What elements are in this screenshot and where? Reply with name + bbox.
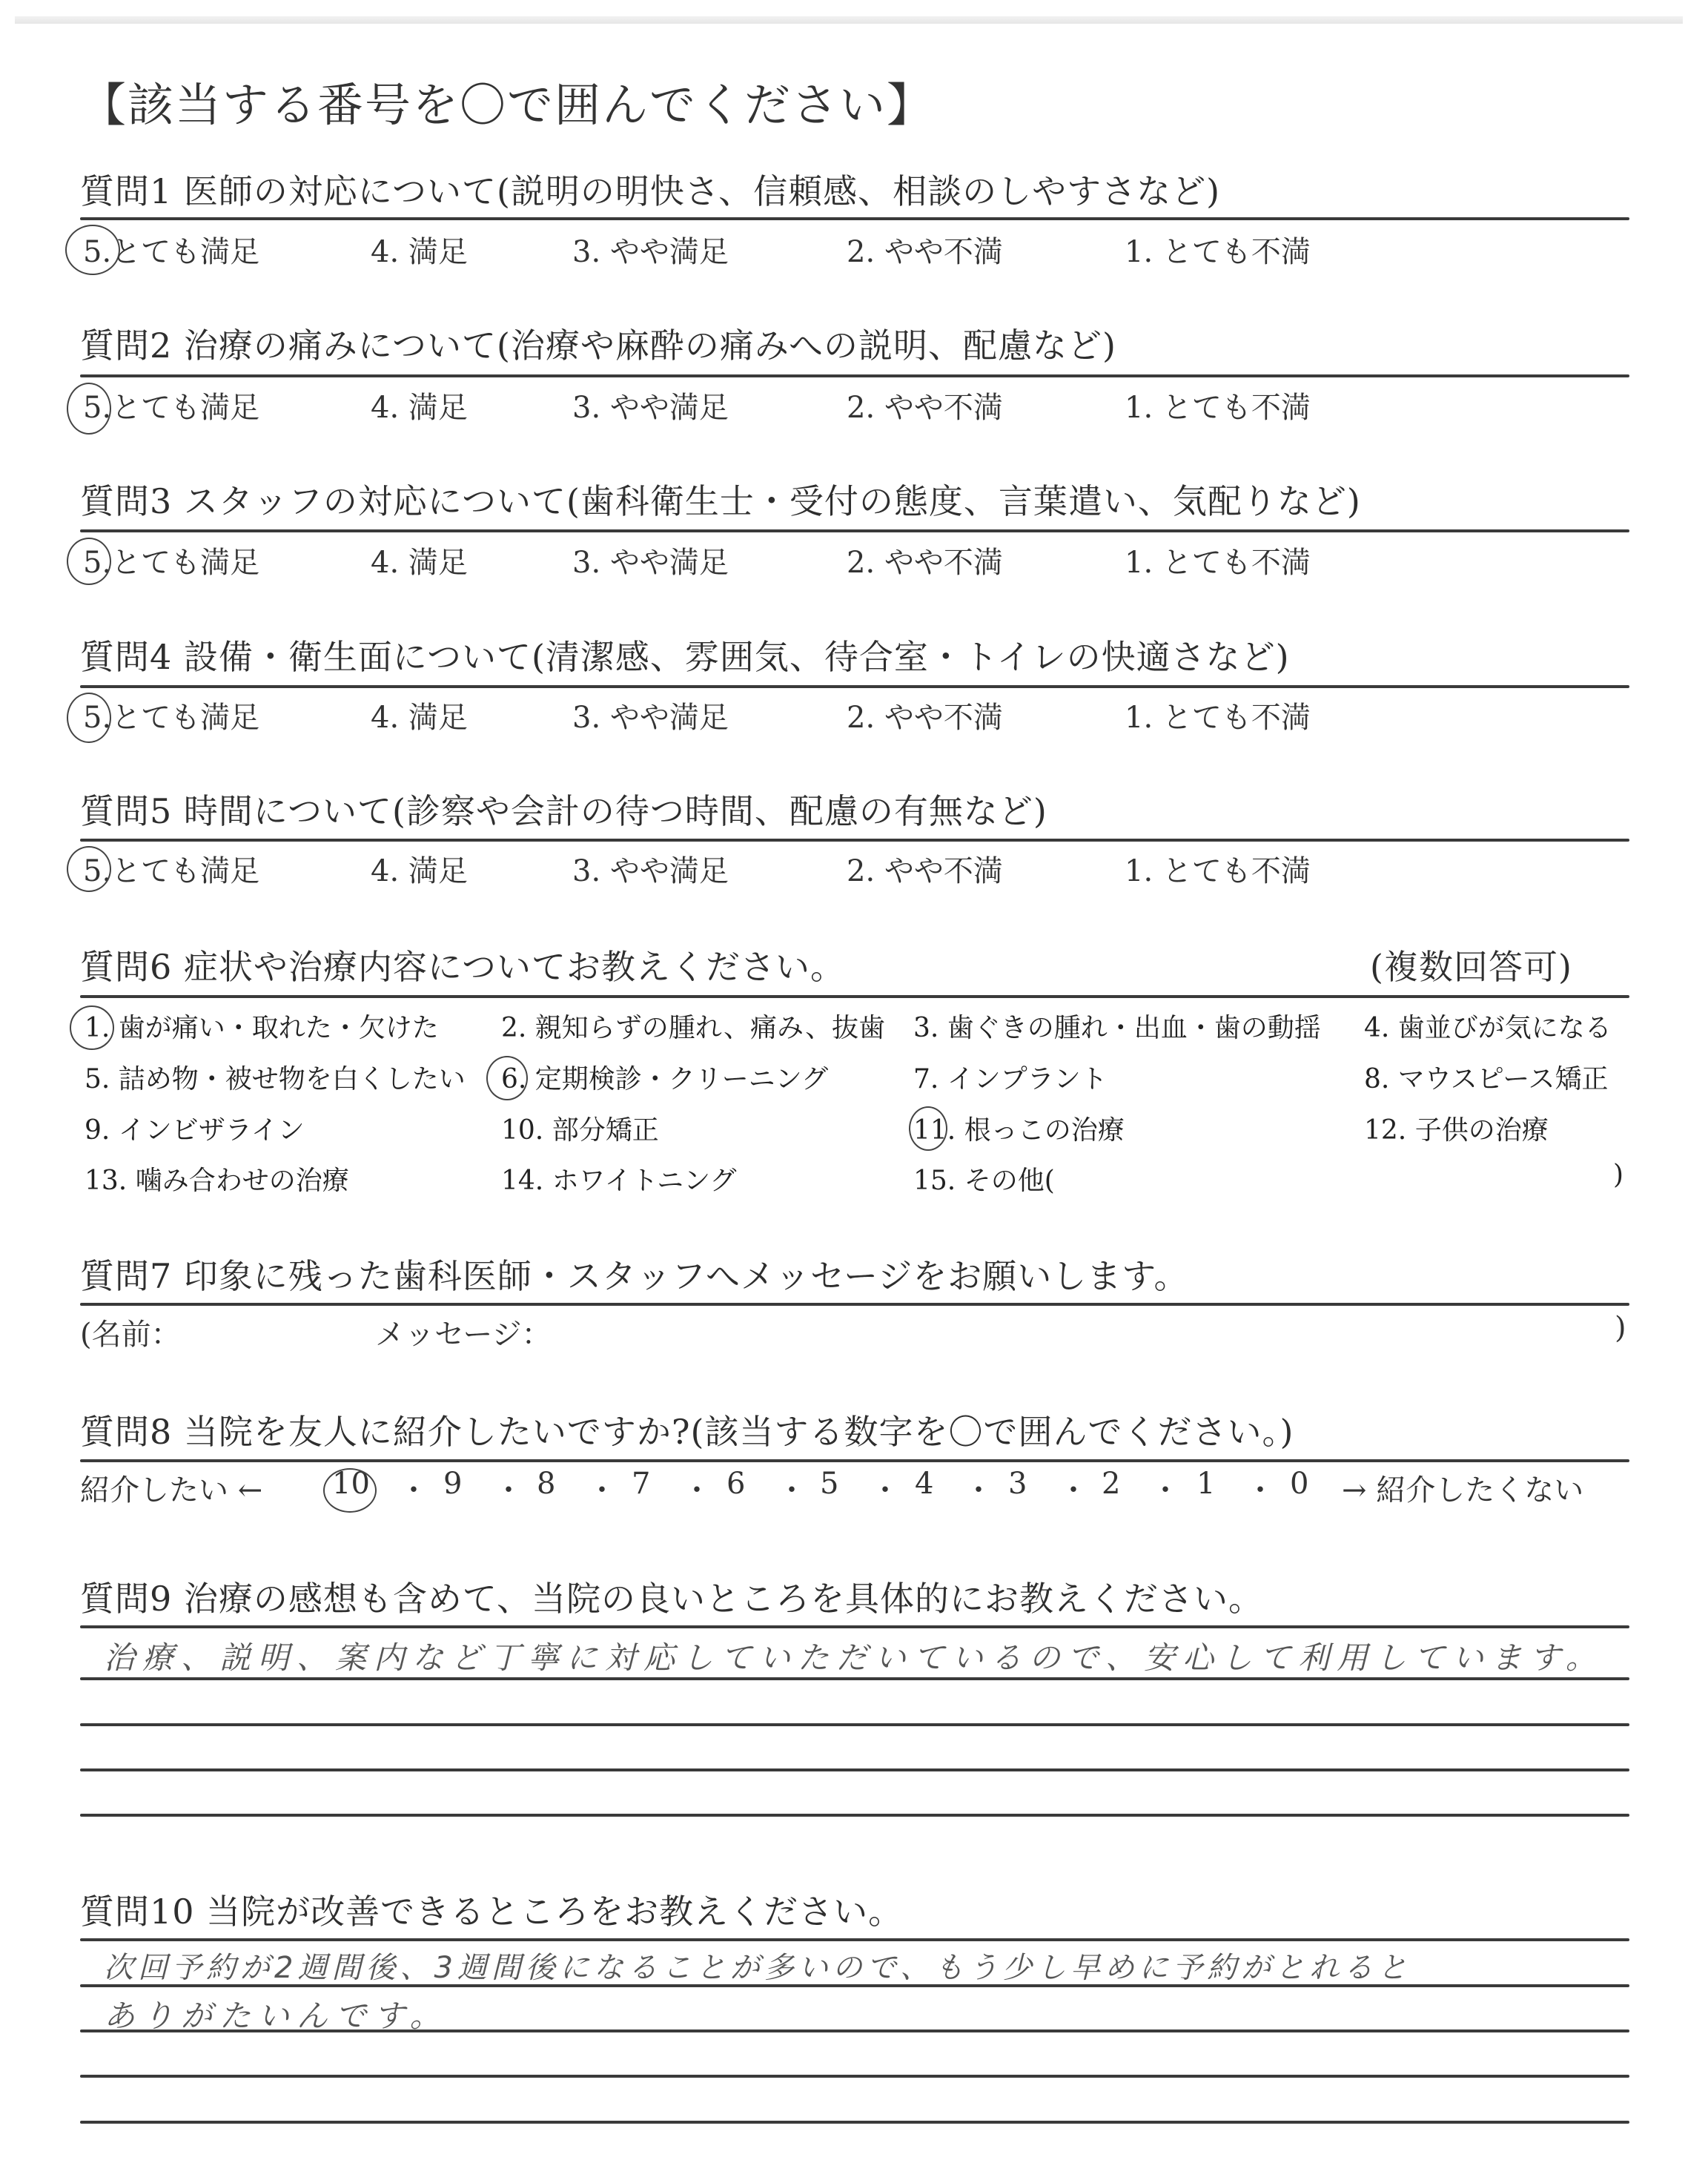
q9-rule-3 [80,1768,1629,1771]
q1-option-5[interactable]: 5.とても満足 [83,228,259,271]
scan-top-edge [15,16,1683,24]
q3-option-5[interactable]: 5.とても満足 [83,539,259,581]
q7-message-label: メッセージ： [375,1311,552,1353]
q6-rule [80,995,1629,998]
q8-heading: 質問8 当院を友人に紹介したいですか?(該当する数字を〇で囲んでください。) [80,1405,1294,1454]
q1-heading: 質問1 医師の対応について(説明の明快さ、信頼感、相談のしやすさなど) [80,165,1220,214]
q8-rule [80,1459,1629,1462]
q6-multiple-answer-note: (複数回答可) [1370,940,1572,989]
q2-heading: 質問2 治療の痛みについて(治療や麻酔の痛みへの説明、配慮など) [80,319,1116,368]
q10-rule-2 [80,2029,1629,2032]
q10-answer-line-4[interactable] [104,2082,1586,2119]
q8-left-label: 紹介したい ← [80,1467,262,1509]
q5-option-2[interactable]: 2. やや不満 [847,848,1003,890]
q5-option-3[interactable]: 3. やや満足 [572,848,729,890]
q7-heading: 質問7 印象に残った歯科医師・スタッフへメッセージをお願いします。 [80,1249,1189,1298]
q8-separator: ・ [1245,1467,1275,1509]
q8-score-3[interactable]: 3 [1008,1467,1027,1501]
q2-option-1[interactable]: 1. とても不満 [1125,384,1311,426]
q6-item-11[interactable]: 11. 根っこの治療 [913,1109,1125,1147]
q9-rule-2 [80,1723,1629,1726]
q6-other-close-paren: ) [1613,1160,1623,1190]
q6-item-7[interactable]: 7. インプラント [913,1058,1108,1096]
q8-score-7[interactable]: 7 [632,1467,650,1501]
q9-answer-line-4[interactable] [104,1776,1586,1813]
q7-close-paren: ) [1615,1311,1626,1345]
q6-heading: 質問6 症状や治療内容についてお教えください。 [80,940,845,989]
q5-option-4[interactable]: 4. 満足 [371,848,468,890]
q5-heading: 質問5 時間について(診察や会計の待つ時間、配慮の有無など) [80,785,1047,833]
q10-rule-4 [80,2121,1629,2124]
q8-separator: ・ [870,1467,900,1509]
q3-option-3[interactable]: 3. やや満足 [572,539,729,581]
q3-rule [80,529,1629,532]
q10-heading: 質問10 当院が改善できるところをお教えください。 [80,1885,903,1934]
q10-rule-0 [80,1938,1629,1941]
q4-option-1[interactable]: 1. とても不満 [1125,694,1311,736]
q5-rule [80,839,1629,842]
q8-score-10[interactable]: 10 [332,1467,370,1501]
q9-rule-4 [80,1814,1629,1817]
q7-name-field[interactable] [141,1311,363,1347]
q6-item-15-other[interactable]: 15. その他( [913,1160,1055,1198]
q2-rule [80,374,1629,377]
q6-item-14[interactable]: 14. ホワイトニング [501,1160,736,1198]
q1-option-2[interactable]: 2. やや不満 [847,228,1003,271]
q10-rule-3 [80,2075,1629,2078]
q8-score-1[interactable]: 1 [1196,1467,1215,1501]
q3-option-4[interactable]: 4. 満足 [371,539,468,581]
q8-separator: ・ [964,1467,993,1509]
q2-option-4[interactable]: 4. 満足 [371,384,468,426]
q8-score-2[interactable]: 2 [1102,1467,1120,1501]
q10-answer-line-1[interactable]: 次回予約が2週間後、3週間後になることが多いので、もう少し早めに予約がとれると [104,1944,1411,1986]
q2-option-2[interactable]: 2. やや不満 [847,384,1003,426]
q8-separator: ・ [399,1467,428,1509]
q1-rule [80,217,1629,220]
q4-option-3[interactable]: 3. やや満足 [572,694,729,736]
q9-heading: 質問9 治療の感想も含めて、当院の良いところを具体的にお教えください。 [80,1572,1263,1621]
q8-separator: ・ [587,1467,617,1509]
q9-rule-0 [80,1625,1629,1628]
q8-separator: ・ [1059,1467,1088,1509]
q4-option-4[interactable]: 4. 満足 [371,694,468,736]
q6-item-10[interactable]: 10. 部分矯正 [501,1109,659,1147]
form-instruction-title: 【該当する番号を〇で囲んでください】 [80,68,934,134]
q6-item-1[interactable]: 1. 歯が痛い・取れた・欠けた [85,1007,439,1045]
q1-option-1[interactable]: 1. とても不満 [1125,228,1311,271]
q6-item-2[interactable]: 2. 親知らずの腫れ、痛み、抜歯 [501,1007,885,1045]
q8-separator: ・ [1151,1467,1180,1509]
q9-answer-line-3[interactable] [104,1731,1586,1768]
q4-option-2[interactable]: 2. やや不満 [847,694,1003,736]
q6-item-3[interactable]: 3. 歯ぐきの腫れ・出血・歯の動揺 [913,1007,1321,1045]
q9-answer-line-2[interactable] [104,1685,1586,1722]
q7-message-field[interactable] [563,1311,1594,1347]
q3-option-2[interactable]: 2. やや不満 [847,539,1003,581]
q6-item-13[interactable]: 13. 噛み合わせの治療 [85,1160,349,1198]
q6-item-6[interactable]: 6. 定期検診・クリーニング [501,1058,828,1096]
q2-option-5[interactable]: 5.とても満足 [83,384,259,426]
q7-rule [80,1303,1629,1306]
q10-rule-1 [80,1984,1629,1987]
q8-score-0[interactable]: 0 [1290,1467,1308,1501]
q10-answer-line-3[interactable] [104,2037,1586,2074]
q2-option-3[interactable]: 3. やや満足 [572,384,729,426]
q6-item-4[interactable]: 4. 歯並びが気になる [1364,1007,1612,1045]
q5-option-5[interactable]: 5.とても満足 [83,848,259,890]
q8-score-6[interactable]: 6 [726,1467,745,1501]
q6-item-8[interactable]: 8. マウスピース矯正 [1364,1058,1608,1096]
q8-score-4[interactable]: 4 [915,1467,933,1501]
q4-rule [80,685,1629,688]
q3-heading: 質問3 スタッフの対応について(歯科衛生士・受付の態度、言葉遣い、気配りなど) [80,475,1361,524]
q4-heading: 質問4 設備・衛生面について(清潔感、雰囲気、待合室・トイレの快適さなど) [80,630,1290,679]
q8-separator: ・ [682,1467,712,1509]
q6-item-5[interactable]: 5. 詰め物・被せ物を白くしたい [85,1058,466,1096]
q9-rule-1 [80,1677,1629,1680]
q9-answer-line-1[interactable]: 治療、説明、案内など丁寧に対応していただいているので、安心して利用しています。 [104,1634,1604,1678]
q8-score-8[interactable]: 8 [537,1467,555,1501]
q4-option-5[interactable]: 5.とても満足 [83,694,259,736]
q1-option-3[interactable]: 3. やや満足 [572,228,729,271]
q8-right-label: → 紹介したくない [1342,1467,1583,1509]
q8-separator: ・ [494,1467,523,1509]
q6-item-9[interactable]: 9. インビザライン [85,1109,305,1147]
q1-option-4[interactable]: 4. 満足 [371,228,468,271]
q8-score-5[interactable]: 5 [820,1467,838,1501]
q5-option-1[interactable]: 1. とても不満 [1125,848,1311,890]
q8-separator: ・ [777,1467,807,1509]
q3-option-1[interactable]: 1. とても不満 [1125,539,1311,581]
q8-score-9[interactable]: 9 [443,1467,462,1501]
q6-item-12[interactable]: 12. 子供の治療 [1364,1109,1549,1147]
